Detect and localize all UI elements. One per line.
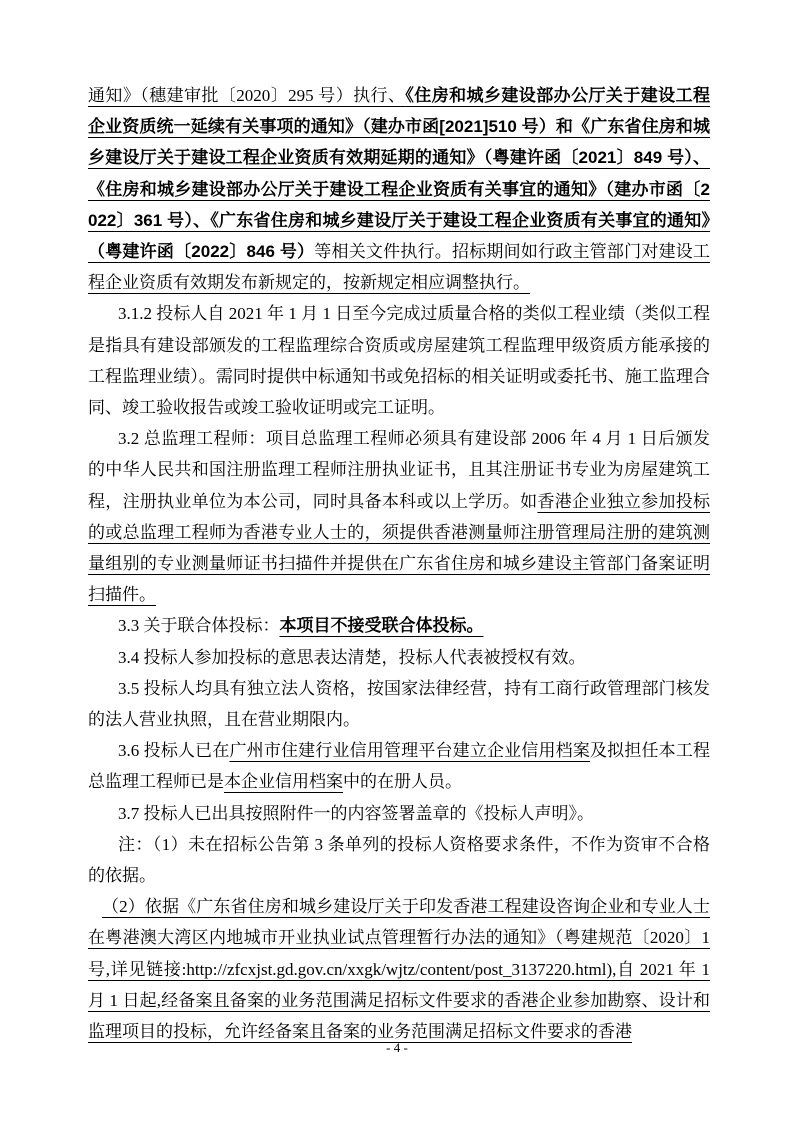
text-run: 本项目不接受联合体投标。 [280, 616, 484, 635]
clause-3-6: 3.6 投标人已在广州市住建行业信用管理平台建立企业信用档案及拟担任本工程总监理… [88, 735, 710, 797]
text-run: 中的在册人员。 [343, 772, 462, 791]
note-2-hongkong-enterprises: （2）依据《广东省住房和城乡建设厅关于印发香港工程建设咨询企业和专业人士在粤港澳… [88, 891, 710, 1047]
text-run: 注：（1）未在招标公告第 3 条单列的投标人资格要求条件，不作为资审不合格的依据… [88, 835, 710, 885]
text-run: 3.5 投标人均具有独立法人资格，按国家法律经营，持有工商行政管理部门核发的法人… [88, 679, 710, 729]
text-run: 3.1.2 投标人自 2021 年 1 月 1 日至今完成过质量合格的类似工程业… [88, 304, 710, 417]
text-run: 3.7 投标人已出具按照附件一的内容签署盖章的《投标人声明》。 [118, 804, 594, 823]
clause-3-3: 3.3 关于联合体投标：本项目不接受联合体投标。 [88, 610, 710, 641]
text-run: 本企业信用档案 [224, 772, 343, 791]
note-1: 注：（1）未在招标公告第 3 条单列的投标人资格要求条件，不作为资审不合格的依据… [88, 829, 710, 891]
text-run: 广州市住建行业信用管理平台建立企业信用档案 [230, 741, 591, 760]
text-run: （2）依据《广东省住房和城乡建设厅关于印发香港工程建设咨询企业和专业人士在粤港澳… [88, 897, 710, 1041]
text-run: 3.6 投标人已在 [118, 741, 230, 760]
clause-3-5: 3.5 投标人均具有独立法人资格，按国家法律经营，持有工商行政管理部门核发的法人… [88, 673, 710, 735]
clause-3-2: 3.2 总监理工程师：项目总监理工程师必须具有建设部 2006 年 4 月 1 … [88, 423, 710, 610]
text-run: 3.4 投标人参加投标的意思表达清楚，投标人代表被授权有效。 [118, 648, 586, 667]
text-run: 3.3 关于联合体投标： [118, 616, 280, 635]
document-body: 通知》（穗建审批〔2020〕295 号）执行、《住房和城乡建设部办公厅关于建设工… [88, 80, 710, 1047]
clause-3-7: 3.7 投标人已出具按照附件一的内容签署盖章的《投标人声明》。 [88, 798, 710, 829]
text-run: 《住房和城乡建设部办公厅关于建设工程企业资质统一延续有关事项的通知》（建办市函[… [88, 86, 710, 261]
clause-3-1-2: 3.1.2 投标人自 2021 年 1 月 1 日至今完成过质量合格的类似工程业… [88, 298, 710, 423]
paragraph-qualification-documents: 通知》（穗建审批〔2020〕295 号）执行、《住房和城乡建设部办公厅关于建设工… [88, 80, 710, 298]
clause-3-4: 3.4 投标人参加投标的意思表达清楚，投标人代表被授权有效。 [88, 642, 710, 673]
document-page: 通知》（穗建审批〔2020〕295 号）执行、《住房和城乡建设部办公厅关于建设工… [0, 0, 794, 1123]
page-number: - 4 - [0, 1040, 794, 1056]
text-run: 通知》（穗建审批〔2020〕295 号）执行、 [88, 86, 405, 105]
